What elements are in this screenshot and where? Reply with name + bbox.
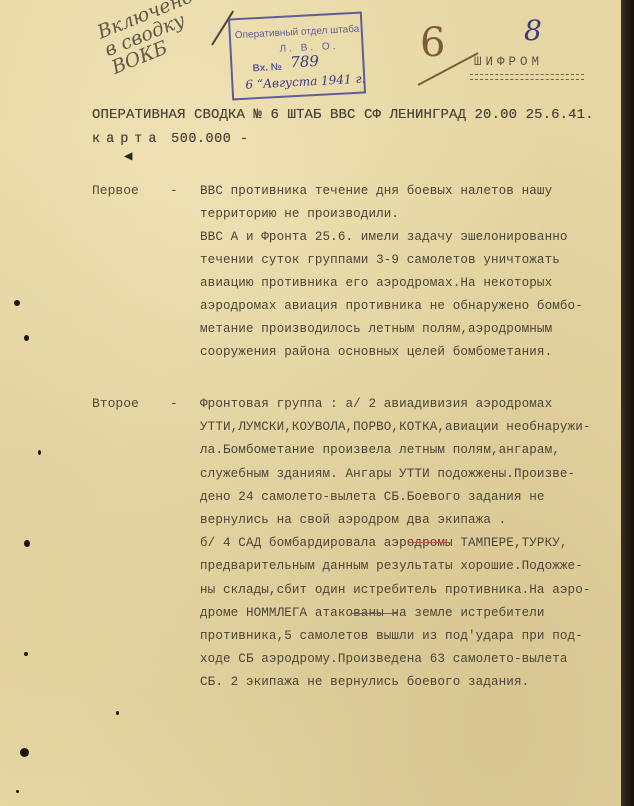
delivery-method: ШИФРОМ <box>474 55 543 69</box>
binding-hole <box>14 300 20 306</box>
handwritten-mark-left: 6 <box>420 20 445 66</box>
map-scale: 500.000 - <box>171 132 248 147</box>
stamp-incoming-label: Вх. № <box>252 62 282 75</box>
red-underline <box>408 542 452 543</box>
text-line: течении суток группами 3-9 самолетов уни… <box>200 249 620 272</box>
binding-hole <box>38 450 41 455</box>
text-line: ВВС противника течение дня боевых налето… <box>200 180 620 203</box>
stamp-incoming-number: 789 <box>290 52 320 71</box>
text-line: ВВС А и Фронта 25.6. имели задачу эшелон… <box>200 226 620 249</box>
text-line: сооружения района основных целей бомбоме… <box>200 341 620 364</box>
text-line: ходе СБ аэродрому.Произведена 63 самолет… <box>200 648 620 671</box>
section-second-body: Фронтовая группа : а/ 2 авиадивизия аэро… <box>200 393 620 694</box>
registration-stamp: Оперативный отдел штаба Л. В. О. Вх. № 7… <box>228 12 366 101</box>
text-line: вернулись на свой аэродром два экипажа . <box>200 509 620 532</box>
text-line: Фронтовая группа : а/ 2 авиадивизия аэро… <box>200 393 620 416</box>
text-line: служебным зданиям. Ангары УТТИ подожжены… <box>200 463 620 486</box>
text-line: метание производилось летным полям,аэрод… <box>200 318 620 341</box>
map-reference: карта 500.000 - <box>92 132 249 147</box>
text-line: УТТИ,ЛУМСКИ,КОУВОЛА,ПОРВО,КОТКА,авиации … <box>200 416 620 439</box>
binding-hole <box>20 748 29 757</box>
handwritten-mark-right: 8 <box>524 14 542 47</box>
section-label-second: Второе <box>92 396 139 411</box>
text-line: ла.Бомбометание произвела летным полям,а… <box>200 439 620 462</box>
pencil-underline <box>350 613 398 614</box>
text-line: противника,5 самолетов вышли из под'удар… <box>200 625 620 648</box>
text-line: аэродромах авиация противника не обнаруж… <box>200 295 620 318</box>
document-page: Включено в сводку ВОКБ Оперативный отдел… <box>0 0 621 806</box>
ink-mark: ◀ <box>124 148 132 165</box>
text-line: б/ 4 САД бомбардировала аэродромы ТАМПЕР… <box>200 532 620 555</box>
stamp-date: 6 “Августа 1941 г. <box>245 71 366 91</box>
text-line: дено 24 самолето-вылета СБ.Боевого задан… <box>200 486 620 509</box>
section-label-first: Первое <box>92 183 139 198</box>
text-line: предварительным данным результаты хороши… <box>200 555 620 578</box>
section-dash: - <box>170 183 178 198</box>
map-label: карта <box>92 132 163 147</box>
binding-hole <box>24 652 28 656</box>
text-line: территорию не производили. <box>200 203 620 226</box>
binding-hole <box>24 540 30 547</box>
binding-hole <box>24 335 29 341</box>
scan-edge <box>621 0 634 806</box>
text-line: ны склады,сбит один истребитель противни… <box>200 579 620 602</box>
text-line: дроме НОММЛЕГА атакованы на земле истреб… <box>200 602 620 625</box>
handwritten-note: Включено в сводку ВОКБ <box>95 0 228 78</box>
report-heading: ОПЕРАТИВНАЯ СВОДКА № 6 ШТАБ ВВС СФ ЛЕНИН… <box>92 107 594 123</box>
binding-hole <box>16 790 19 793</box>
binding-hole <box>116 711 119 715</box>
section-first-body: ВВС противника течение дня боевых налето… <box>200 180 620 364</box>
stamp-department: Оперативный отдел штаба <box>235 24 360 42</box>
text-line: СБ. 2 экипажа не вернулись боевого задан… <box>200 671 620 694</box>
text-line: авиацию противника его аэродромах.На нек… <box>200 272 620 295</box>
delivery-underline <box>470 74 584 80</box>
section-dash: - <box>170 396 178 411</box>
